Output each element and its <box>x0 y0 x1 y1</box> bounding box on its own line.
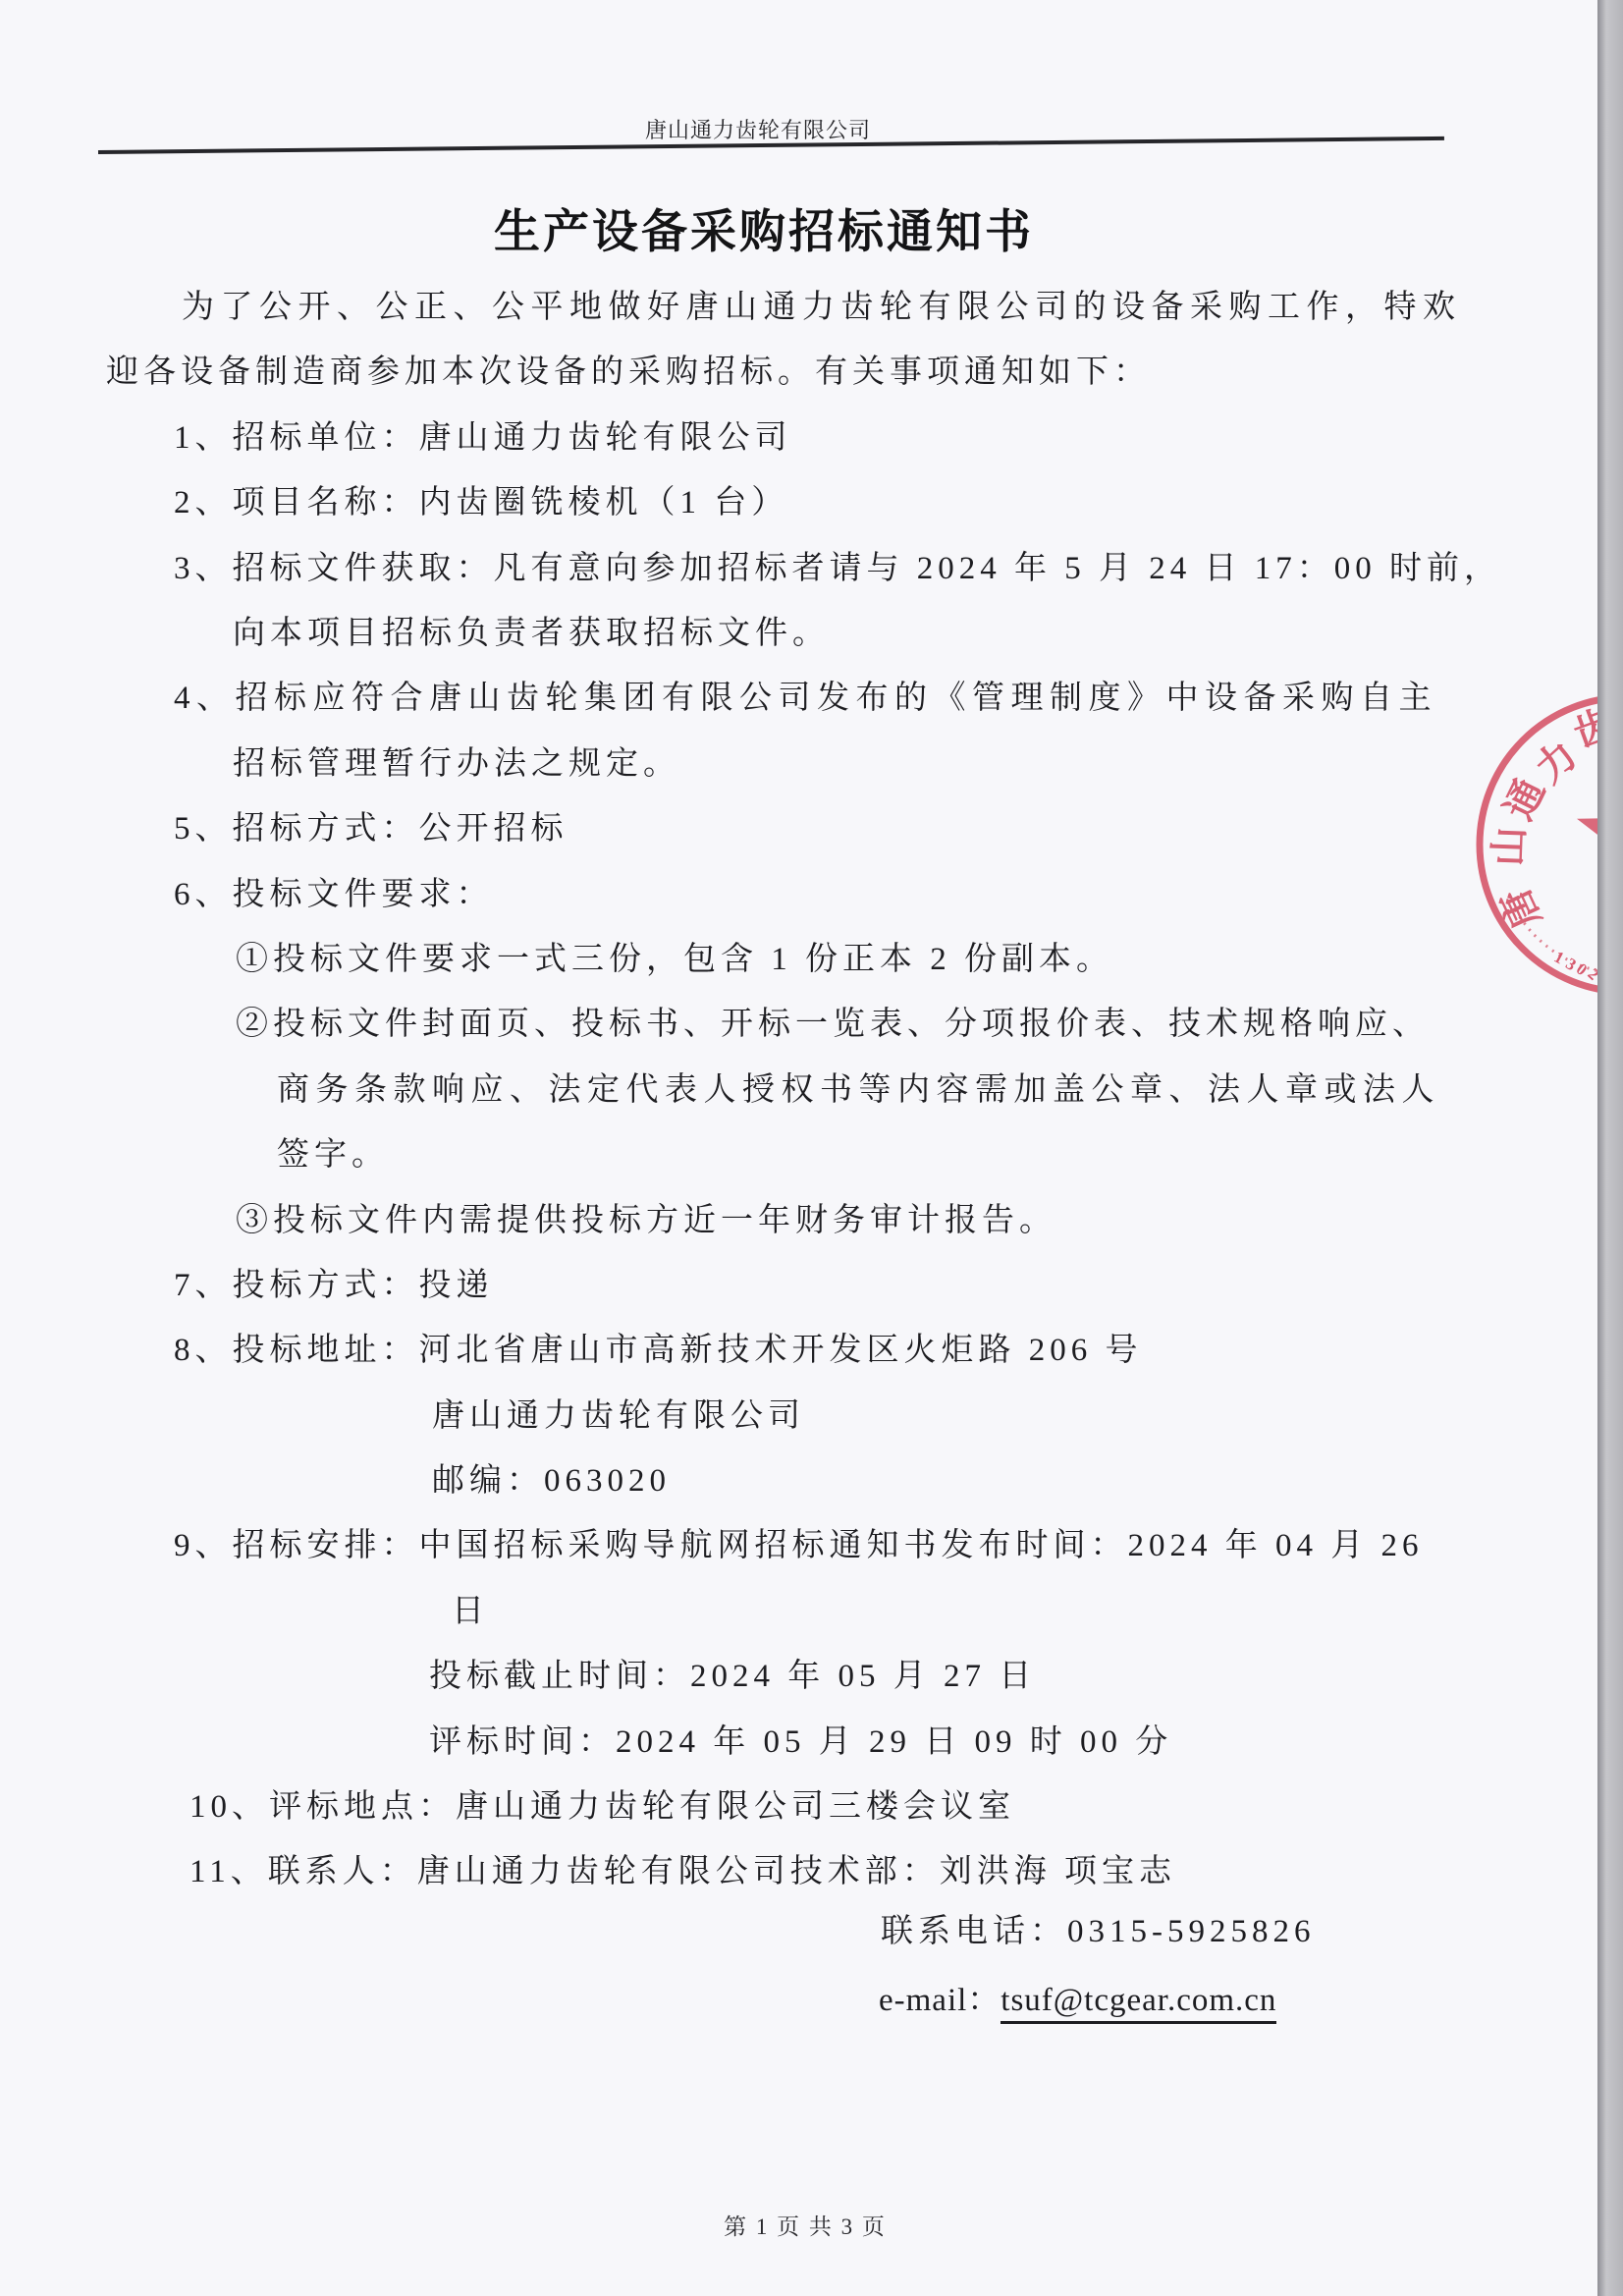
item-7-bid-method: 7、投标方式：投递 <box>174 1269 494 1304</box>
item-11-contacts: 11、联系人：唐山通力齿轮有限公司技术部：刘洪海 项宝志 <box>189 1855 1176 1890</box>
item-6-sub-3: ③投标文件内需提供投标方近一年财务审计报告。 <box>236 1204 1056 1239</box>
item-3-continuation: 向本项目招标负责者获取招标文件。 <box>233 617 830 652</box>
item-6-sub-2-continuation: 商务条款响应、法定代表人授权书等内容需加盖公章、法人章或法人 <box>277 1073 1440 1109</box>
intro-line-2: 迎各设备制造商参加本次设备的采购招标。有关事项通知如下： <box>106 355 1151 391</box>
page-title: 生产设备采购招标通知书 <box>494 208 1034 254</box>
email-label: e-mail： <box>879 1983 1001 2018</box>
item-4-continuation: 招标管理暂行办法之规定。 <box>233 747 680 783</box>
item-9-schedule: 9、招标安排：中国招标采购导航网招标通知书发布时间：2024 年 04 月 26 <box>174 1529 1424 1564</box>
contact-email-line: e-mail：tsuf@tcgear.com.cn <box>879 1984 1276 2019</box>
company-seal-stamp: 唐 山 通 力 齿 轮 1 3 0 2 <box>1460 678 1597 1011</box>
item-4-regulation: 4、招标应符合唐山齿轮集团有限公司发布的《管理制度》中设备采购自主 <box>174 682 1437 717</box>
item-6-bid-file-requirements: 6、投标文件要求： <box>174 878 494 913</box>
email-address: tsuf@tcgear.com.cn <box>1001 1983 1276 2024</box>
item-6-sub-2: ②投标文件封面页、投标书、开标一览表、分项报价表、技术规格响应、 <box>236 1008 1430 1043</box>
item-2-project-name: 2、项目名称：内齿圈铣棱机（1 台） <box>174 486 788 521</box>
seal-char: 通 <box>1496 772 1553 827</box>
item-8-bid-address: 8、投标地址：河北省唐山市高新技术开发区火炬路 206 号 <box>174 1334 1143 1369</box>
item-8-company: 唐山通力齿轮有限公司 <box>432 1399 805 1435</box>
header-company-name: 唐山通力齿轮有限公司 <box>645 120 871 141</box>
item-8-postcode: 邮编：063020 <box>432 1464 671 1500</box>
item-5-tender-method: 5、招标方式：公开招标 <box>174 812 568 847</box>
page-footer: 第 1 页 共 3 页 <box>589 2215 1021 2238</box>
contact-phone-line: 联系电话：0315-5925826 <box>881 1915 1316 1950</box>
document-page: 唐山通力齿轮有限公司 生产设备采购招标通知书 为了公开、公正、公平地做好唐山通力… <box>0 0 1597 2296</box>
item-1-tender-unit: 1、招标单位：唐山通力齿轮有限公司 <box>174 421 792 457</box>
item-9-schedule-wrap: 日 <box>452 1595 489 1630</box>
item-10-evaluation-place: 10、评标地点：唐山通力齿轮有限公司三楼会议室 <box>189 1790 1015 1826</box>
scanner-edge-strip <box>1597 0 1623 2296</box>
scanned-document-page: { "header": { "company_name": "唐山通力齿轮有限公… <box>0 0 1623 2296</box>
seal-star-icon <box>1577 777 1597 887</box>
item-6-sub-2-end: 签字。 <box>277 1138 389 1174</box>
item-9-evaluation-time: 评标时间：2024 年 05 月 29 日 09 时 00 分 <box>429 1725 1172 1761</box>
item-9-deadline: 投标截止时间：2024 年 05 月 27 日 <box>429 1660 1036 1695</box>
item-6-sub-1: ①投标文件要求一式三份，包含 1 份正本 2 份副本。 <box>236 943 1113 978</box>
intro-line-1: 为了公开、公正、公平地做好唐山通力齿轮有限公司的设备采购工作，特欢 <box>182 291 1462 326</box>
seal-char: 山 <box>1487 826 1532 867</box>
item-3-document-obtain: 3、招标文件获取：凡有意向参加招标者请与 2024 年 5 月 24 日 17：… <box>174 552 1501 587</box>
